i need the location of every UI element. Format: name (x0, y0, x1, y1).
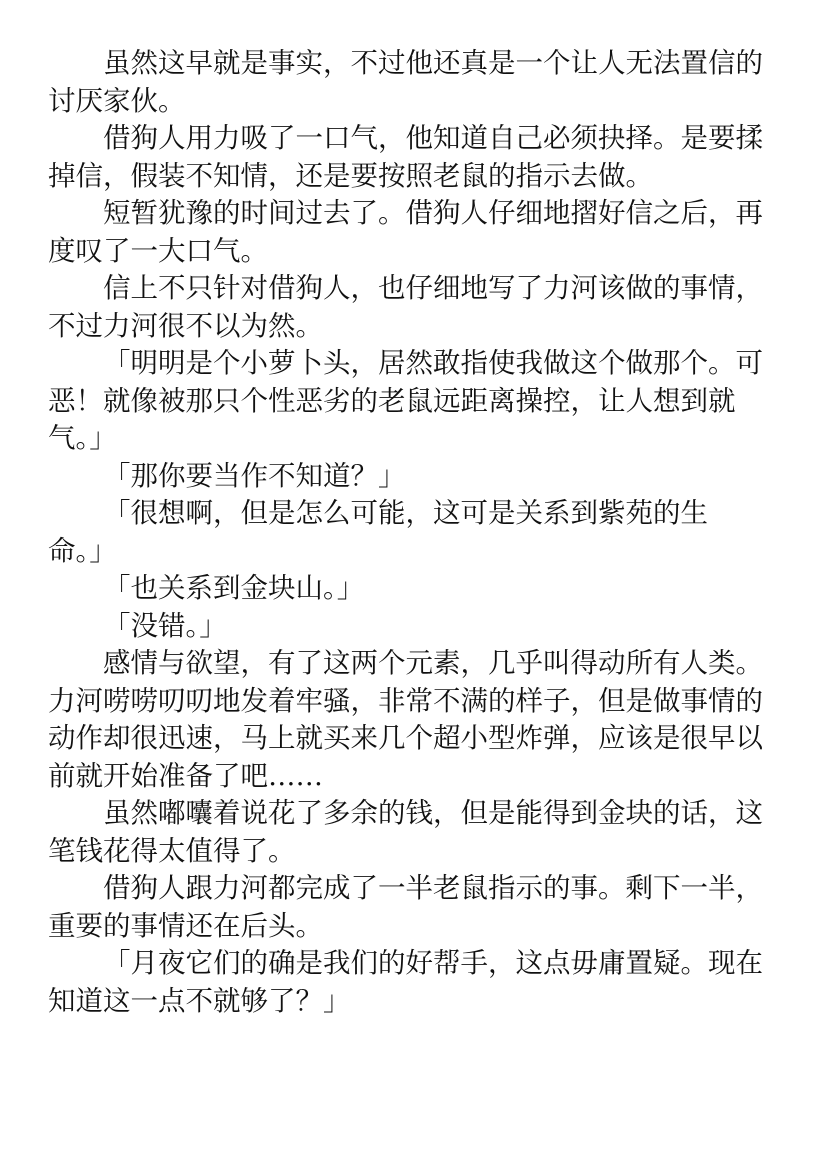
text-line: 重要的事情还在后头。 (48, 908, 778, 946)
text-line: 讨厌家伙。 (48, 83, 778, 121)
text-line: 「没错。」 (48, 608, 778, 646)
text-line: 知道这一点不就够了？」 (48, 983, 778, 1021)
text-line: 短暂犹豫的时间过去了。借狗人仔细地摺好信之后，再 (48, 195, 778, 233)
text-line: 虽然这早就是事实，不过他还真是一个让人无法置信的 (48, 45, 778, 83)
text-line: 不过力河很不以为然。 (48, 308, 778, 346)
text-line: 「很想啊，但是怎么可能，这可是关系到紫苑的生 (48, 495, 778, 533)
text-line: 「那你要当作不知道？」 (48, 458, 778, 496)
document-page: 虽然这早就是事实，不过他还真是一个让人无法置信的讨厌家伙。借狗人用力吸了一口气，… (0, 0, 826, 1169)
text-line: 掉信，假装不知情，还是要按照老鼠的指示去做。 (48, 158, 778, 196)
text-line: 「明明是个小萝卜头，居然敢指使我做这个做那个。可 (48, 345, 778, 383)
text-line: 恶！就像被那只个性恶劣的老鼠远距离操控，让人想到就 (48, 383, 778, 421)
text-line: 动作却很迅速，马上就买来几个超小型炸弹，应该是很早以 (48, 720, 778, 758)
text-line: 前就开始准备了吧…… (48, 758, 778, 796)
text-line: 命。」 (48, 533, 778, 571)
text-line: 度叹了一大口气。 (48, 233, 778, 271)
text-line: 借狗人跟力河都完成了一半老鼠指示的事。剩下一半， (48, 870, 778, 908)
text-line: 虽然嘟囔着说花了多余的钱，但是能得到金块的话，这 (48, 795, 778, 833)
text-line: 借狗人用力吸了一口气，他知道自己必须抉择。是要揉 (48, 120, 778, 158)
text-line: 「也关系到金块山。」 (48, 570, 778, 608)
text-line: 力河唠唠叨叨地发着牢骚，非常不满的样子，但是做事情的 (48, 683, 778, 721)
text-line: 笔钱花得太值得了。 (48, 833, 778, 871)
text-line: 信上不只针对借狗人，也仔细地写了力河该做的事情， (48, 270, 778, 308)
text-line: 感情与欲望，有了这两个元素，几乎叫得动所有人类。 (48, 645, 778, 683)
text-line: 气。」 (48, 420, 778, 458)
text-content: 虽然这早就是事实，不过他还真是一个让人无法置信的讨厌家伙。借狗人用力吸了一口气，… (48, 45, 778, 1020)
text-line: 「月夜它们的确是我们的好帮手，这点毋庸置疑。现在 (48, 945, 778, 983)
